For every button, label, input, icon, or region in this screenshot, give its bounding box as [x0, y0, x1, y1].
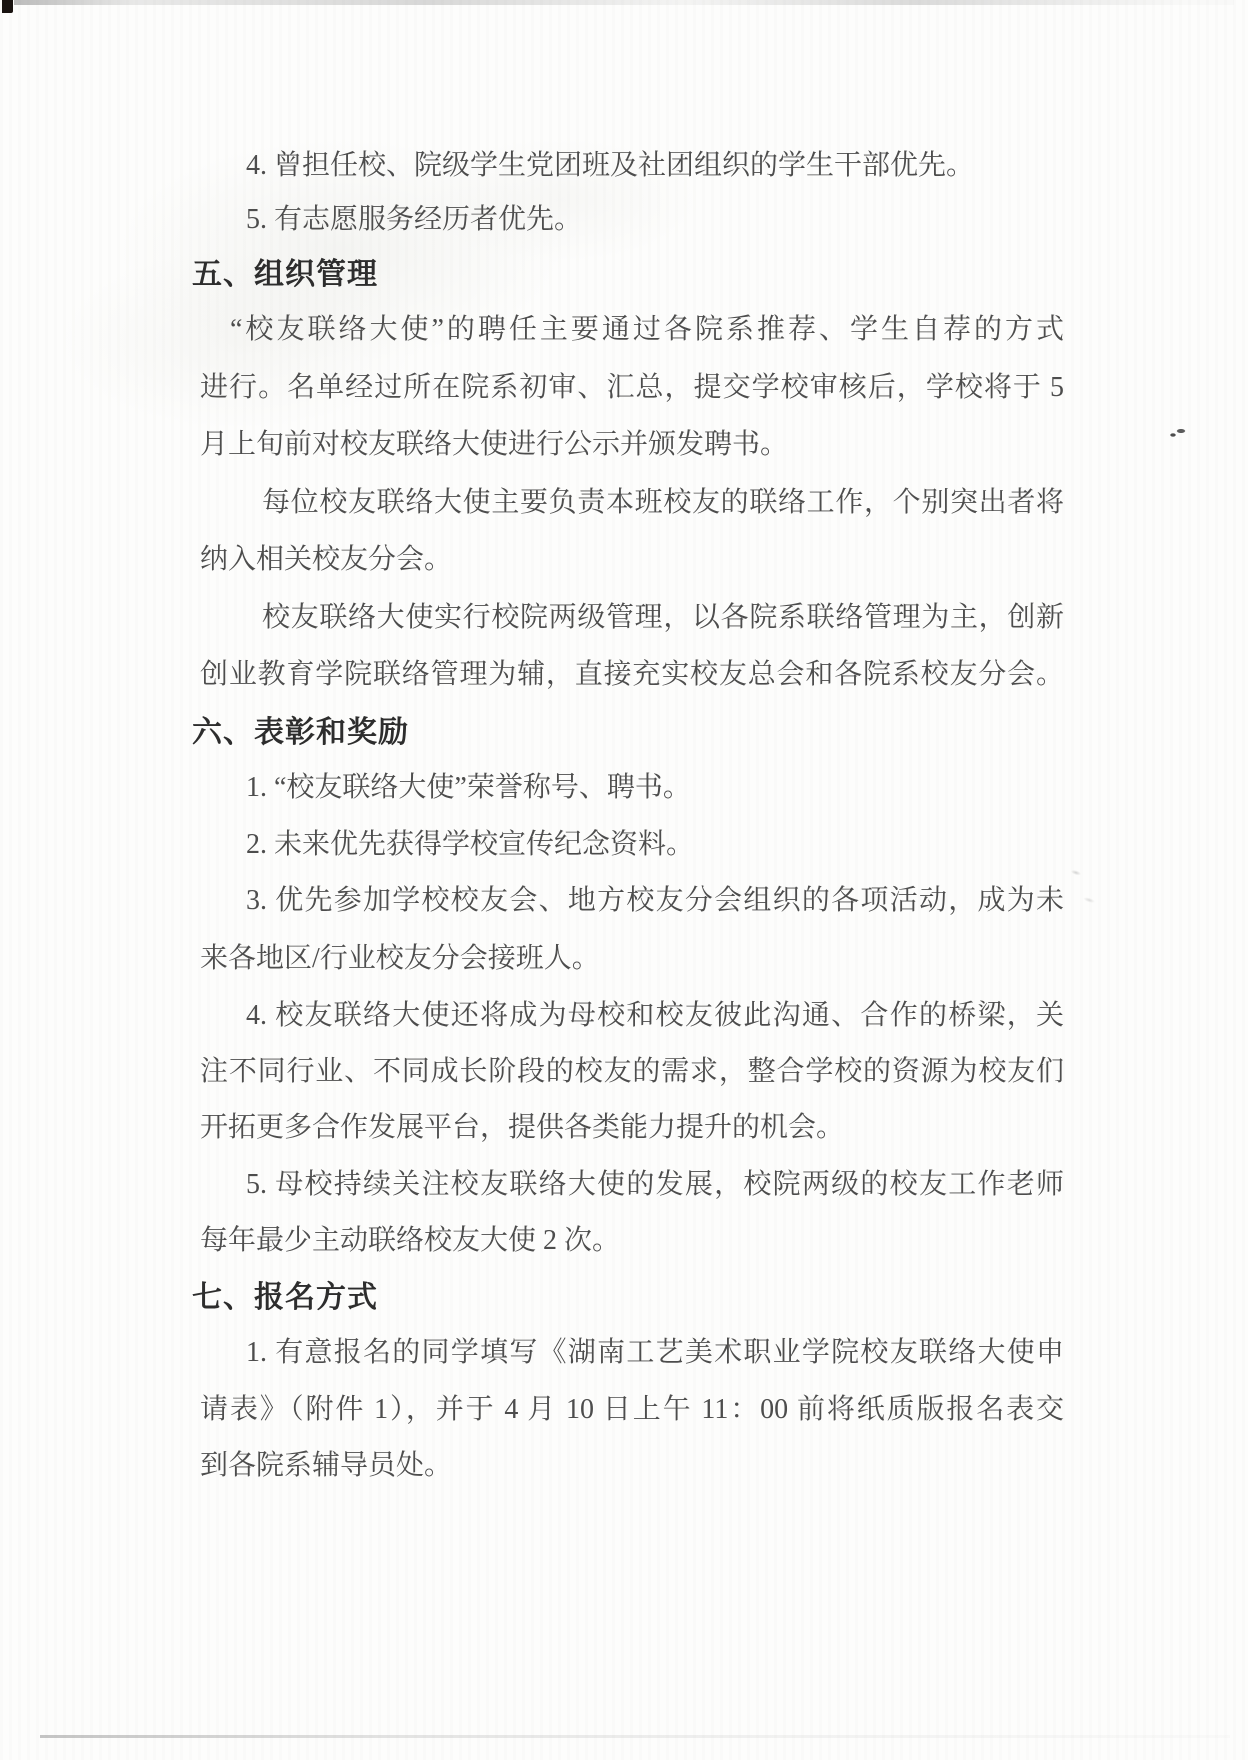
scanned-document-page: 4. 曾担任校、院级学生党团班及社团组织的学生干部优先。 5. 有志愿服务经历者… — [0, 0, 1248, 1760]
line-reward-item-4c: 开拓更多合作发展平台，提供各类能力提升的机会。 — [200, 1108, 1064, 1148]
line-reward-item-4a: 4. 校友联络大使还将成为母校和校友彼此沟通、合作的桥梁，关 — [200, 996, 1064, 1036]
line-reward-item-1: 1. “校友联络大使”荣誉称号、聘书。 — [200, 768, 1064, 808]
line-reward-item-4b: 注不同行业、不同成长阶段的校友的需求，整合学校的资源为校友们 — [200, 1052, 1064, 1092]
scan-corner-mark — [2, 0, 13, 13]
line-qualification-item-4: 4. 曾担任校、院级学生党团班及社团组织的学生干部优先。 — [200, 146, 1064, 186]
line-reward-item-5a: 5. 母校持续关注校友联络大使的发展，校院两级的校友工作老师 — [200, 1165, 1064, 1205]
line-reward-item-3b: 来各地区/行业校友分会接班人。 — [200, 939, 1064, 979]
line-appointment-3: 月上旬前对校友联络大使进行公示并颁发聘书。 — [200, 425, 1064, 465]
line-responsibility-2: 纳入相关校友分会。 — [200, 540, 1064, 580]
line-reward-item-2: 2. 未来优先获得学校宣传纪念资料。 — [200, 825, 1064, 865]
heading-section-6-rewards: 六、表彰和奖励 — [192, 713, 1056, 753]
line-registration-1b: 请表》（附件 1），并于 4 月 10 日上午 11：00 前将纸质版报名表交 — [200, 1390, 1064, 1430]
heading-section-5-organization: 五、组织管理 — [192, 255, 1056, 295]
scan-smudge-artifact — [1056, 860, 1113, 919]
line-qualification-item-5: 5. 有志愿服务经历者优先。 — [200, 200, 1064, 240]
line-registration-1c: 到各院系辅导员处。 — [200, 1446, 1064, 1486]
line-appointment-1: “校友联络大使”的聘任主要通过各院系推荐、学生自荐的方式 — [200, 310, 1064, 350]
scan-speck-artifact — [1168, 427, 1188, 439]
line-appointment-2: 进行。名单经过所在院系初审、汇总，提交学校审核后，学校将于 5 — [200, 368, 1064, 408]
line-registration-1a: 1. 有意报名的同学填写《湖南工艺美术职业学院校友联络大使申 — [200, 1333, 1064, 1373]
line-reward-item-3a: 3. 优先参加学校校友会、地方校友分会组织的各项活动，成为未 — [200, 881, 1064, 921]
line-reward-item-5b: 每年最少主动联络校友大使 2 次。 — [200, 1221, 1064, 1261]
heading-section-7-registration: 七、报名方式 — [192, 1278, 1056, 1318]
scan-top-edge-artifact — [14, 0, 1234, 5]
line-management-2: 创业教育学院联络管理为辅，直接充实校友总会和各院系校友分会。 — [200, 655, 1064, 695]
line-management-1: 校友联络大使实行校院两级管理，以各院系联络管理为主，创新 — [200, 598, 1064, 638]
line-responsibility-1: 每位校友联络大使主要负责本班校友的联络工作，个别突出者将 — [200, 483, 1064, 523]
scan-bottom-edge-line — [40, 1735, 1230, 1738]
